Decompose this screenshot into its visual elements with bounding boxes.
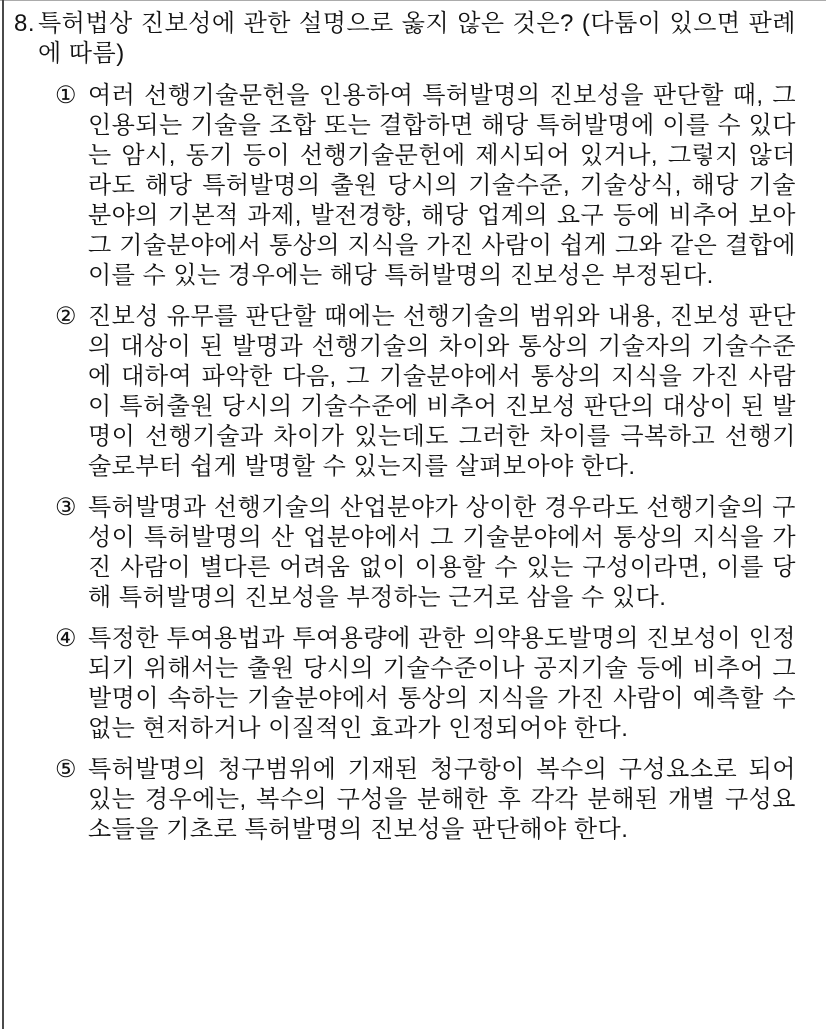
option-5-text: 특허발명의 청구범위에 기재된 청구항이 복수의 구성요소로 되어 있는 경우에… [88, 755, 796, 845]
option-1-text: 여러 선행기술문헌을 인용하여 특허발명의 진보성을 판단할 때, 그 인용되는… [88, 81, 796, 291]
option-3-text: 특허발명과 선행기술의 산업분야가 상이한 경우라도 선행기술의 구성이 특허발… [88, 493, 796, 613]
option-2: ② 진보성 유무를 판단할 때에는 선행기술의 범위와 내용, 진보성 판단의 … [55, 302, 796, 482]
option-1-marker: ① [55, 81, 88, 291]
page-top-border [0, 0, 826, 1]
option-1: ① 여러 선행기술문헌을 인용하여 특허발명의 진보성을 판단할 때, 그 인용… [55, 81, 796, 291]
question-8-block: 8. 특허법상 진보성에 관한 설명으로 옳지 않은 것은? (다툼이 있으면 … [0, 0, 826, 845]
option-5: ⑤ 특허발명의 청구범위에 기재된 청구항이 복수의 구성요소로 되어 있는 경… [55, 755, 796, 845]
option-2-marker: ② [55, 302, 88, 482]
option-4-text: 특정한 투여용법과 투여용량에 관한 의약용도발명의 진보성이 인정되기 위해서… [88, 624, 796, 744]
option-3-marker: ③ [55, 493, 88, 613]
exam-document-page: 8. 특허법상 진보성에 관한 설명으로 옳지 않은 것은? (다툼이 있으면 … [0, 0, 826, 1029]
option-5-marker: ⑤ [55, 755, 88, 845]
question-number: 8. [14, 9, 38, 69]
question-text: 특허법상 진보성에 관한 설명으로 옳지 않은 것은? (다툼이 있으면 판례에… [38, 9, 796, 69]
option-3: ③ 특허발명과 선행기술의 산업분야가 상이한 경우라도 선행기술의 구성이 특… [55, 493, 796, 613]
option-4: ④ 특정한 투여용법과 투여용량에 관한 의약용도발명의 진보성이 인정되기 위… [55, 624, 796, 744]
page-left-border [2, 0, 4, 1029]
option-2-text: 진보성 유무를 판단할 때에는 선행기술의 범위와 내용, 진보성 판단의 대상… [88, 302, 796, 482]
question-header: 8. 특허법상 진보성에 관한 설명으로 옳지 않은 것은? (다툼이 있으면 … [14, 9, 796, 69]
option-4-marker: ④ [55, 624, 88, 744]
